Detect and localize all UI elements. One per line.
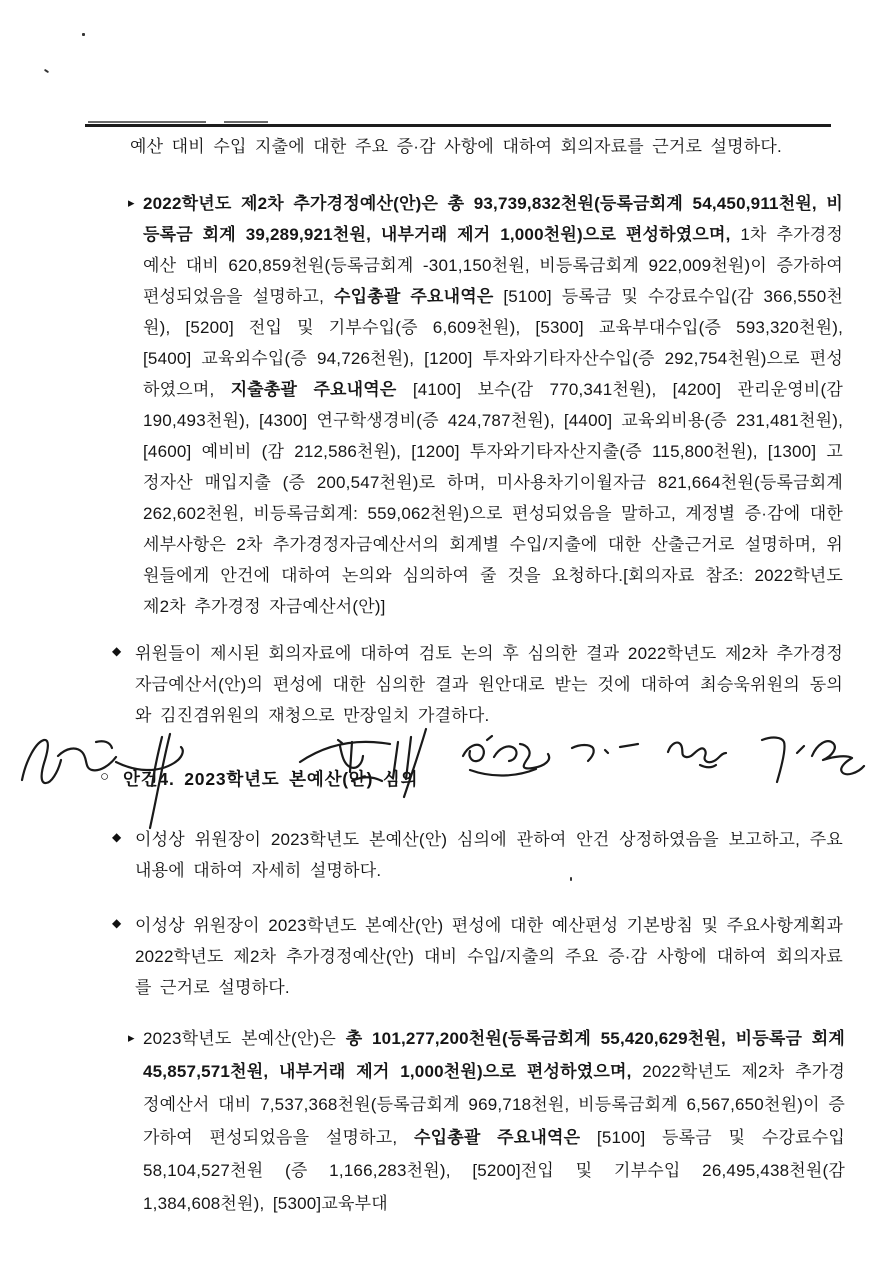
diamond-bullet: ◆ [112, 644, 121, 658]
text-segment: 2022학년도 제2차 추가경정예산(안)은 총 93,739,832천원(등록… [143, 194, 843, 244]
scan-speck [44, 69, 49, 74]
text-segment: 2023학년도 본예산(안)은 [143, 1029, 346, 1048]
loop-scribble-signature [463, 736, 549, 776]
intro-line: 예산 대비 수입 지출에 대한 주요 증·감 사항에 대하여 회의자료를 근거로… [130, 131, 782, 162]
circle-bullet: ○ [100, 768, 109, 785]
rule-dash [224, 121, 268, 123]
paragraph-2022-budget: 2022학년도 제2차 추가경정예산(안)은 총 93,739,832천원(등록… [143, 188, 843, 622]
text-segment: 지출총괄 주요내역은 [231, 380, 397, 399]
triangle-bullet: ▸ [128, 195, 135, 211]
rule-dash [88, 121, 206, 123]
scanned-minutes-page: 예산 대비 수입 지출에 대한 주요 증·감 사항에 대하여 회의자료를 근거로… [0, 0, 893, 1264]
hook-flourish-signature [762, 738, 864, 782]
triangle-bullet: ▸ [128, 1030, 135, 1046]
paragraph-2023-budget: 2023학년도 본예산(안)은 총 101,277,200천원(등록금회계 55… [143, 1022, 845, 1220]
paragraph-explain-2023: 이성상 위원장이 2023학년도 본예산(안) 편성에 대한 예산편성 기본방침… [135, 910, 843, 1003]
wave-scribble [668, 743, 726, 768]
text-segment: 수입총괄 주요내역은 [414, 1128, 580, 1147]
text-segment: 수입총괄 주요내역은 [334, 287, 494, 306]
scan-speck [82, 33, 85, 36]
diamond-bullet: ◆ [112, 916, 121, 930]
top-rule [85, 124, 831, 127]
agenda4-heading: 안건4. 2023학년도 본예산(안) 심의 [123, 766, 418, 791]
diamond-bullet: ◆ [112, 830, 121, 844]
paragraph-resolution-2022: 위원들이 제시된 회의자료에 대하여 검토 논의 후 심의한 결과 2022학년… [135, 638, 843, 731]
text-segment: [4100] 보수(감 770,341천원), [4200] 관리운영비(감 1… [143, 380, 843, 616]
hook-dot-dash-mark [572, 744, 638, 761]
paragraph-report-2023: 이성상 위원장이 2023학년도 본예산(안) 심의에 관하여 안건 상정하였음… [135, 824, 843, 886]
